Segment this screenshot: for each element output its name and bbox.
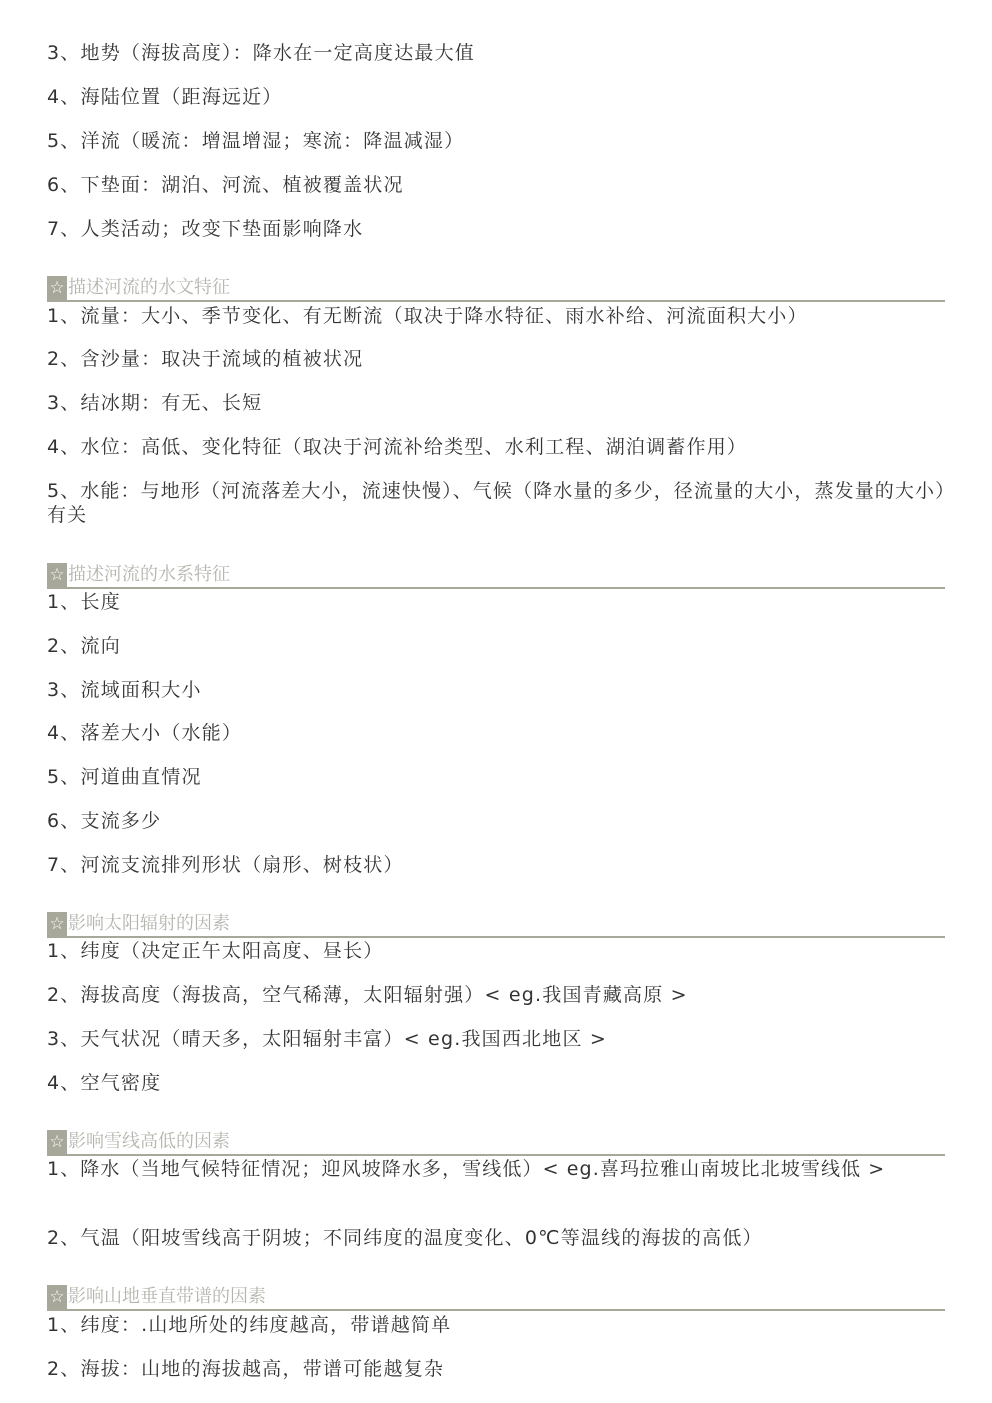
list-item: 1、流量：大小、季节变化、有无断流（取决于降水特征、雨水补给、河流面积大小） <box>47 304 947 328</box>
list-item: 3、天气状况（晴天多，太阳辐射丰富）< eg.我国西北地区 > <box>47 1027 947 1051</box>
section-title: 影响太阳辐射的因素 <box>68 912 230 936</box>
section-title: 描述河流的水文特征 <box>68 276 230 300</box>
star-icon: ☆ <box>47 1130 67 1154</box>
list-item: 3、流域面积大小 <box>47 678 947 702</box>
list-item: 2、海拔高度（海拔高，空气稀薄，太阳辐射强）< eg.我国青藏高原 > <box>47 983 947 1007</box>
list-item: 1、纬度：.山地所处的纬度越高，带谱越简单 <box>47 1313 947 1337</box>
list-item: 2、含沙量：取决于流域的植被状况 <box>47 347 947 371</box>
list-item: 1、纬度（决定正午太阳高度、昼长） <box>47 939 947 963</box>
section-heading-vertical-zonation: ☆ 影响山地垂直带谱的因素 <box>47 1285 945 1311</box>
list-item: 3、结冰期：有无、长短 <box>47 391 947 415</box>
section-heading-solar-radiation: ☆ 影响太阳辐射的因素 <box>47 912 945 938</box>
intro-item: 6、下垫面：湖泊、河流、植被覆盖状况 <box>47 173 947 197</box>
list-item: 6、支流多少 <box>47 809 947 833</box>
list-item: 5、水能：与地形（河流落差大小，流速快慢）、气候（降水量的多少，径流量的大小，蒸… <box>47 479 947 527</box>
star-icon: ☆ <box>47 912 67 936</box>
list-item: 2、气温（阳坡雪线高于阴坡；不同纬度的温度变化、0℃等温线的海拔的高低） <box>47 1226 947 1250</box>
list-item: 5、河道曲直情况 <box>47 765 947 789</box>
list-item: 1、降水（当地气候特征情况；迎风坡降水多，雪线低）< eg.喜玛拉雅山南坡比北坡… <box>47 1157 947 1181</box>
section-title: 影响雪线高低的因素 <box>68 1130 230 1154</box>
star-icon: ☆ <box>47 563 67 587</box>
star-icon: ☆ <box>47 1285 67 1309</box>
section-heading-river-system: ☆ 描述河流的水系特征 <box>47 563 945 589</box>
section-heading-hydrology: ☆ 描述河流的水文特征 <box>47 276 945 302</box>
intro-item: 4、海陆位置（距海远近） <box>47 85 947 109</box>
list-item: 4、空气密度 <box>47 1071 947 1095</box>
section-title: 描述河流的水系特征 <box>68 563 230 587</box>
list-item: 2、海拔：山地的海拔越高，带谱可能越复杂 <box>47 1357 947 1381</box>
intro-item: 3、地势（海拔高度）：降水在一定高度达最大值 <box>47 41 947 65</box>
intro-item: 7、人类活动；改变下垫面影响降水 <box>47 217 947 241</box>
section-heading-snow-line: ☆ 影响雪线高低的因素 <box>47 1130 945 1156</box>
star-icon: ☆ <box>47 276 67 300</box>
list-item: 2、流向 <box>47 634 947 658</box>
section-title: 影响山地垂直带谱的因素 <box>68 1285 266 1309</box>
list-item: 7、河流支流排列形状（扇形、树枝状） <box>47 853 947 877</box>
list-item: 4、水位：高低、变化特征（取决于河流补给类型、水利工程、湖泊调蓄作用） <box>47 435 947 459</box>
list-item: 1、长度 <box>47 590 947 614</box>
intro-item: 5、洋流（暖流：增温增湿；寒流：降温减湿） <box>47 129 947 153</box>
list-item: 4、落差大小（水能） <box>47 721 947 745</box>
